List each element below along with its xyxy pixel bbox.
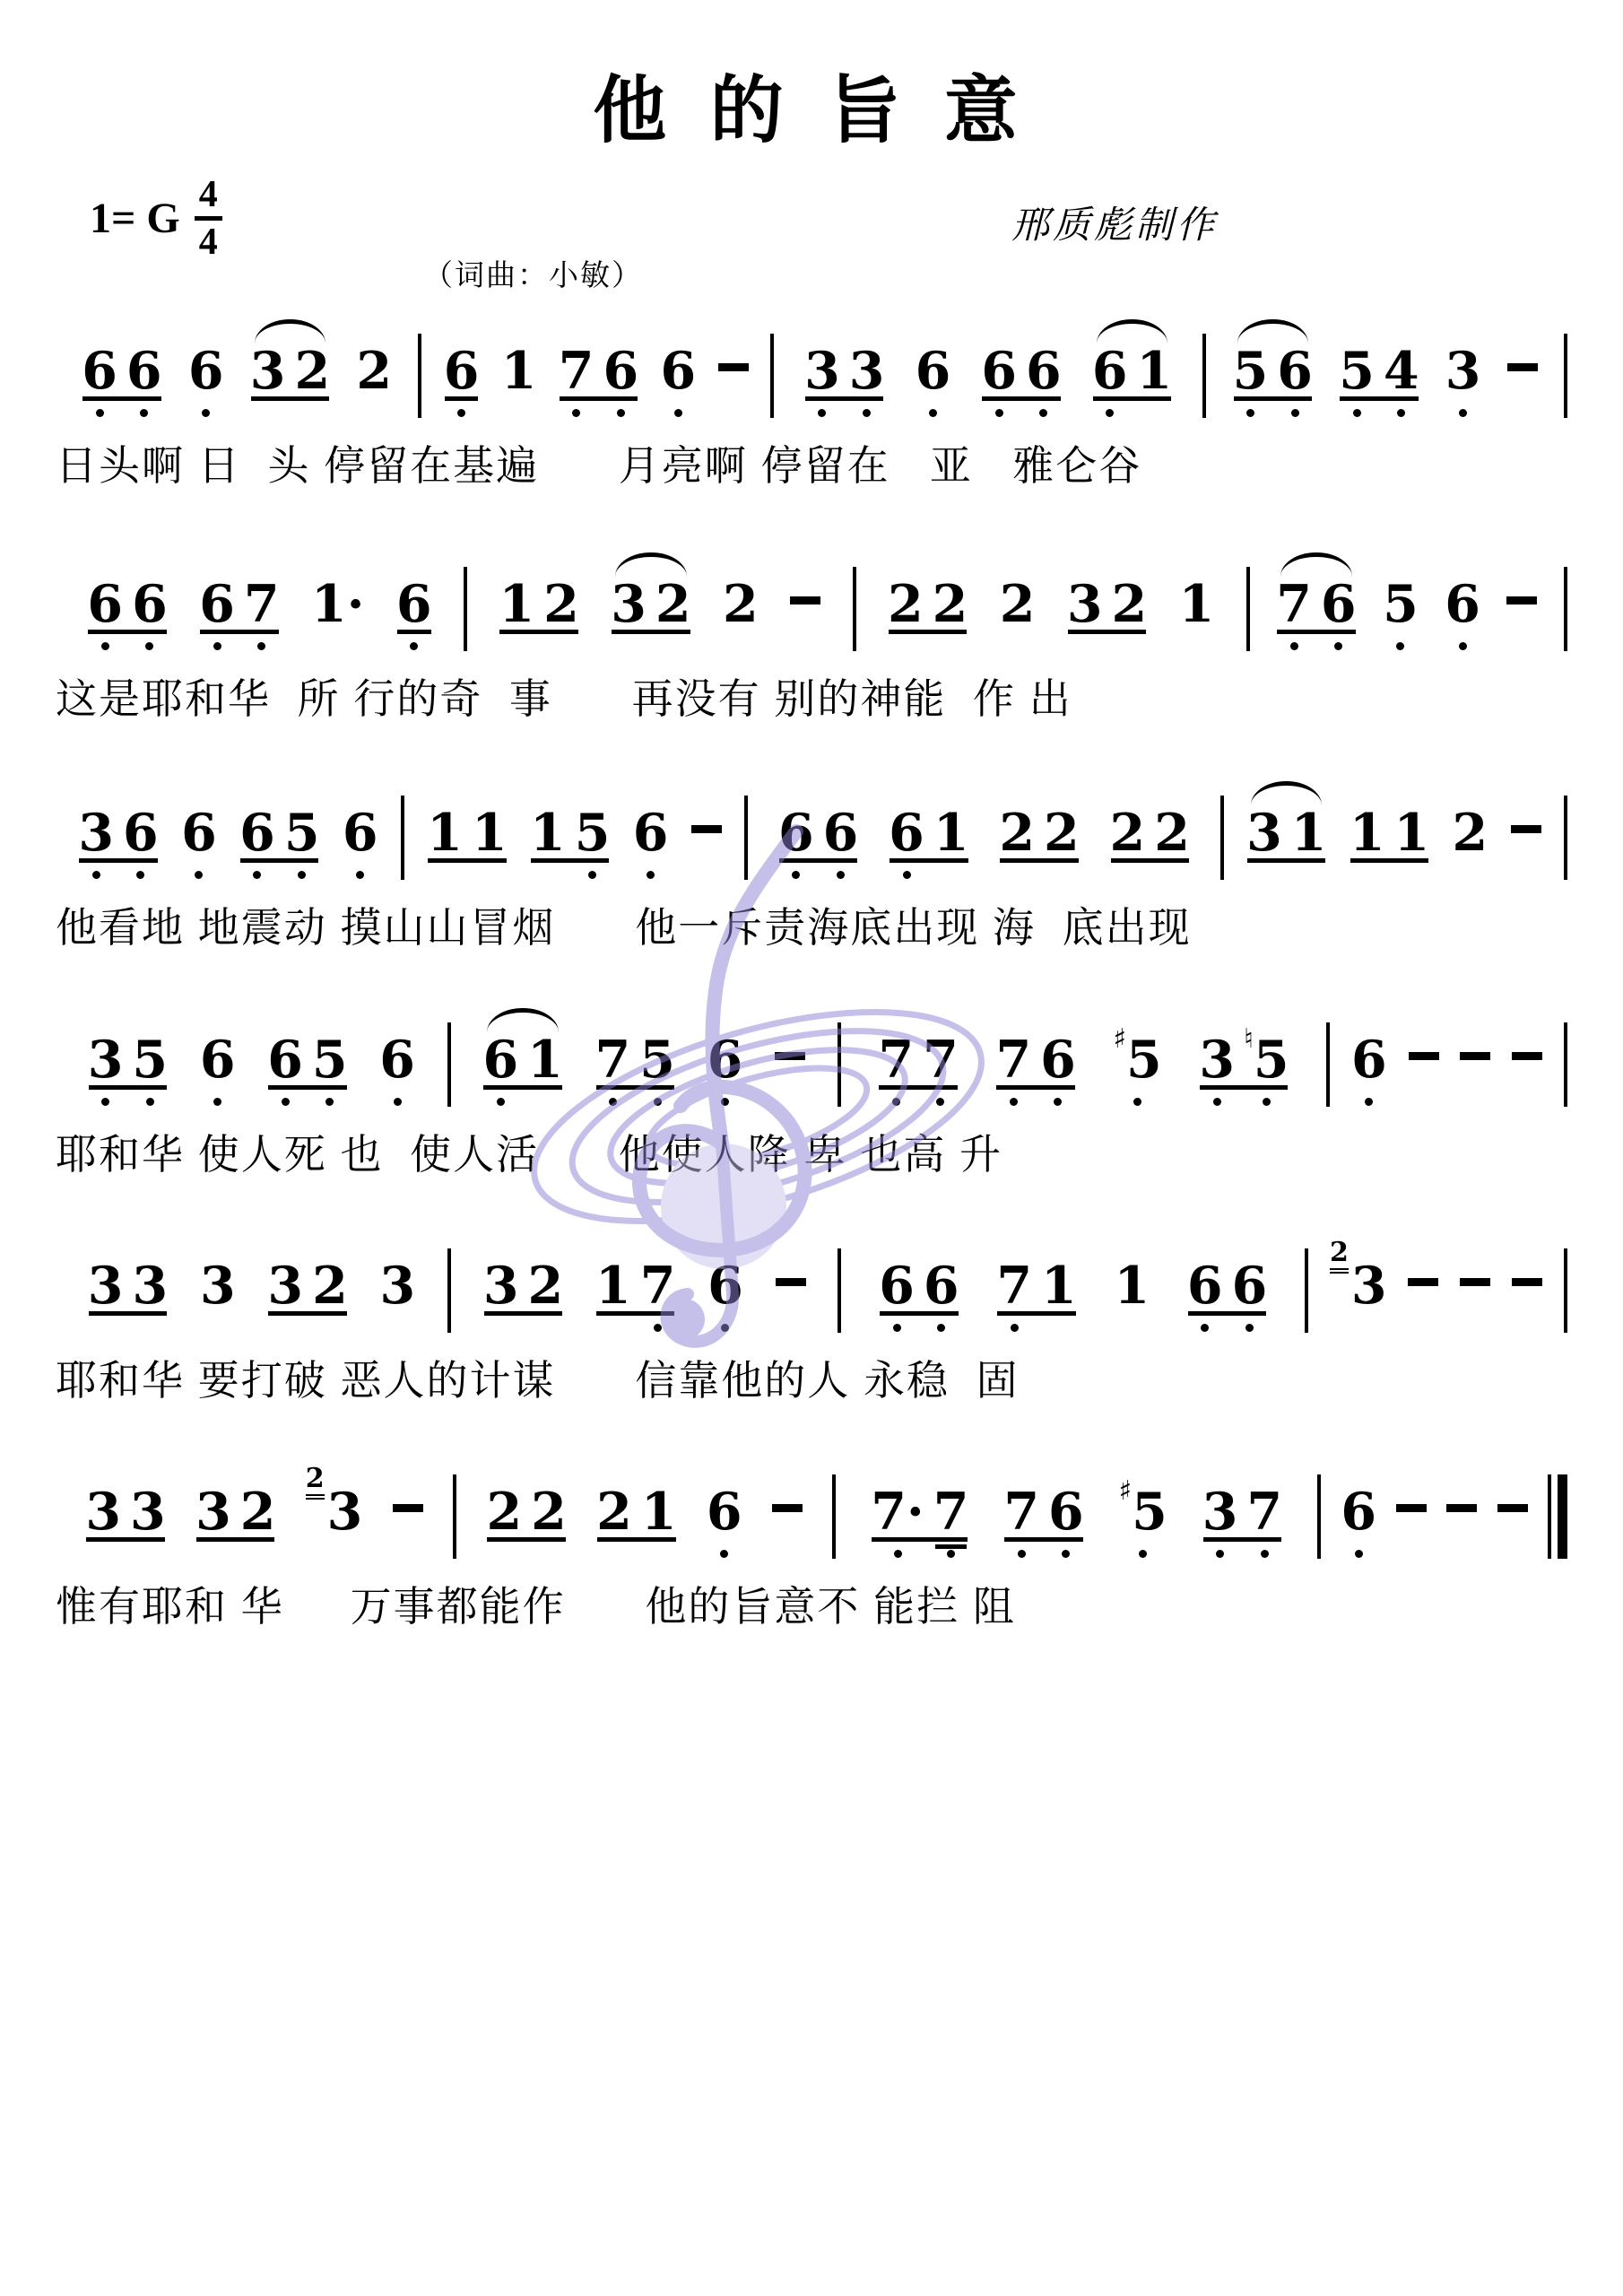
low-octave-dot <box>96 409 104 417</box>
note-digit: 1 <box>1291 803 1327 863</box>
note-row: ♯5 <box>1114 1030 1162 1106</box>
note-group: 6 <box>181 803 217 879</box>
note-glyph: 7 <box>559 341 595 393</box>
note-group: 1 <box>1114 1256 1150 1332</box>
note-glyph: 6 <box>879 1256 915 1308</box>
note-6: 6 <box>126 341 162 417</box>
slur <box>487 1008 558 1032</box>
note-row: 6 <box>661 341 697 417</box>
note-glyph: 6 <box>396 574 432 626</box>
note-2: 2 <box>1000 574 1036 650</box>
note-digit: 3 <box>1199 1030 1235 1090</box>
low-octave-dot <box>995 409 1003 417</box>
note-7: 7 <box>244 574 280 650</box>
note-glyph: 2 <box>1000 574 1036 626</box>
note-group: 6 <box>200 1030 236 1106</box>
note-glyph: 1 <box>472 803 508 855</box>
beam-underline <box>1093 396 1171 401</box>
note-digit: 6 <box>889 803 924 863</box>
low-octave-dot <box>257 642 265 650</box>
note-group: 3 <box>200 1256 236 1332</box>
lyrics-line-3: 他看地 地震动 摸山山冒烟 他一斥责海底出现 海 底出现 <box>56 895 1192 954</box>
note-row: 6 <box>707 1256 743 1332</box>
note-group: 56 <box>1233 341 1313 417</box>
note-7: 7 <box>933 1482 969 1558</box>
note-row: 66 <box>879 1256 959 1332</box>
note-2: 2 <box>543 574 579 650</box>
note-2: 2 <box>596 1482 632 1558</box>
note-group: 71 <box>996 1256 1076 1332</box>
grace-note: 2 <box>1330 1239 1349 1274</box>
lyricist-composer-subtitle: （词曲：小敏） <box>423 252 643 294</box>
note-glyph: 3 <box>267 1256 303 1308</box>
note-glyph: 1 <box>1394 803 1430 855</box>
note-row: 6 <box>188 341 224 417</box>
note-3: 23 <box>306 1482 363 1558</box>
beam-underline <box>484 1311 562 1316</box>
note-row: 75 <box>595 1030 675 1106</box>
low-octave-dot <box>1290 642 1298 650</box>
time-signature-top: 4 <box>195 176 222 221</box>
note-glyph: 6 <box>778 803 814 855</box>
note-group: 6 <box>1341 1482 1376 1558</box>
note-digit: 6 <box>823 803 859 863</box>
low-octave-dot <box>894 1550 902 1558</box>
note-digit: 3 <box>611 574 647 634</box>
note-3: 3 <box>250 341 286 417</box>
note-group: 22 <box>888 574 968 650</box>
note-2: 2 <box>1044 803 1080 879</box>
note-digit: 1 <box>595 1256 631 1316</box>
note-glyph: 6 <box>1048 1482 1084 1534</box>
note-row: 61 <box>1092 341 1172 417</box>
note-2: 2 <box>531 1482 567 1558</box>
note-glyph: 3 <box>1199 1030 1235 1082</box>
note-6: 6 <box>603 341 638 417</box>
note-row: 6 <box>343 803 378 879</box>
note-row: 32 <box>267 1256 347 1332</box>
low-octave-dot <box>136 871 144 879</box>
note-glyph: 2 <box>486 1482 522 1534</box>
beam-underline <box>560 396 638 401</box>
note-row: 5 <box>1383 574 1419 650</box>
note-digit: 6 <box>396 574 432 634</box>
note-group: 65 <box>267 1030 347 1106</box>
low-octave-dot <box>1397 409 1405 417</box>
note-5: 5 <box>312 1030 348 1106</box>
low-octave-dot <box>1261 1550 1269 1558</box>
note-digit: 6 <box>778 803 814 863</box>
note-group: 67 <box>199 574 279 650</box>
note-digit: 3 <box>88 1030 124 1090</box>
note-glyph: 6 <box>444 341 480 393</box>
low-octave-dot <box>202 409 210 417</box>
note-glyph: 1 <box>1350 803 1385 855</box>
low-octave-dot <box>1365 1098 1373 1106</box>
note-3: 3 <box>1202 1482 1238 1558</box>
note-5: 5 <box>1233 341 1269 417</box>
note-row: 71 <box>996 1256 1076 1332</box>
note-glyph: 6 <box>126 341 162 393</box>
low-octave-dot <box>1054 1098 1062 1106</box>
note-6: 6 <box>132 574 168 650</box>
note-digit: 6 <box>1232 1256 1268 1316</box>
note-row: 65 <box>239 803 319 879</box>
dash-rest <box>1511 825 1541 833</box>
note-group: 61 <box>482 1030 562 1106</box>
note-glyph: 1 <box>1291 803 1327 855</box>
beam-underline <box>612 630 690 634</box>
note-row: 32 <box>483 1256 563 1332</box>
note-digit: 5 <box>575 803 611 863</box>
note-group: 2 <box>356 341 392 417</box>
note-digit: 1 <box>1137 341 1173 401</box>
note-digit: 7 <box>1276 574 1312 634</box>
note-3: 3 <box>483 1256 519 1332</box>
note-digit: 3 <box>250 341 286 401</box>
note-group: 17 <box>595 1256 675 1332</box>
note-digit: 3 <box>849 341 885 401</box>
low-octave-dot <box>1355 1550 1363 1558</box>
note-glyph: 3 <box>78 803 114 855</box>
note-3: 3 <box>85 1482 121 1558</box>
note-group: 61 <box>889 803 968 879</box>
note-digit: 6 <box>123 803 159 863</box>
measure: 366656 <box>56 803 401 879</box>
note-digit: 2 <box>240 1482 276 1542</box>
note-row: 6 <box>1445 574 1480 650</box>
low-octave-dot <box>410 642 418 650</box>
note-glyph: 6 <box>181 803 217 855</box>
note-digit: 2 <box>1000 574 1036 634</box>
note-row: 76 <box>995 1030 1075 1106</box>
low-octave-dot <box>195 871 203 879</box>
note-6: 6 <box>188 341 224 417</box>
measure: 66612222 <box>748 803 1220 879</box>
note-row: 7·7 <box>871 1482 968 1558</box>
note-glyph: 1 <box>595 1256 631 1308</box>
note-glyph: 3 <box>88 1256 124 1308</box>
note-group: 65 <box>239 803 319 879</box>
beam-underline <box>1000 858 1078 863</box>
note-3: 3 <box>195 1482 231 1558</box>
note-group: ♯5 <box>1119 1482 1167 1558</box>
note-digit: 5 <box>639 1030 675 1090</box>
note-row: 67 <box>199 574 279 650</box>
measure: 66671·6 <box>56 574 464 650</box>
note-glyph: 6 <box>1321 574 1357 626</box>
note-glyph: 3 <box>132 1256 168 1308</box>
note-group: 6 <box>633 803 669 879</box>
low-octave-dot <box>457 409 465 417</box>
note-row: 23 <box>306 1482 363 1558</box>
measure: 3366661 <box>774 341 1202 417</box>
note-glyph: 2 <box>240 1482 276 1534</box>
note-2: 2 <box>933 574 968 650</box>
note-glyph: 3 <box>1202 1482 1238 1534</box>
note-digit: 5 <box>1339 341 1375 401</box>
note-group: 22 <box>999 803 1079 879</box>
slur <box>1097 319 1167 344</box>
note-group: 76 <box>1003 1482 1083 1558</box>
beam-underline <box>251 396 329 401</box>
note-group: 7·7 <box>871 1482 968 1558</box>
low-octave-dot <box>1201 1324 1209 1332</box>
note-3: 3 <box>804 341 840 417</box>
note-glyph: 3 <box>1445 341 1481 393</box>
slur <box>1251 781 1322 805</box>
note-digit: 1 <box>1114 1256 1150 1316</box>
note-3: 3 <box>611 574 647 650</box>
note-digit: 5 <box>1132 1482 1167 1542</box>
note-3: 3 <box>132 1256 168 1332</box>
note-3: 3 <box>267 1256 303 1332</box>
note-5: 5 <box>575 803 611 879</box>
note-6: 6 <box>889 803 924 879</box>
note-digit: 7 <box>244 574 280 634</box>
note-glyph: 6 <box>343 803 378 855</box>
note-glyph: 3 <box>804 341 840 393</box>
note-digit: 6 <box>239 803 275 863</box>
note-6: 6 <box>1187 1256 1223 1332</box>
note-glyph: 6 <box>482 1030 518 1082</box>
dash-rest <box>1460 1052 1490 1060</box>
note-5: 5 <box>1339 341 1375 417</box>
note-row: 6 <box>1341 1482 1376 1558</box>
dash-rest <box>393 1504 423 1512</box>
note-glyph: 3 <box>1067 574 1103 626</box>
note-7: 7 <box>923 1030 959 1106</box>
note-5: ♯5 <box>1119 1482 1167 1558</box>
note-3: 23 <box>1330 1256 1387 1332</box>
beam-underline <box>200 630 278 634</box>
note-group: 6 <box>916 341 951 417</box>
barline <box>1564 1248 1567 1333</box>
note-digit: 1 <box>530 803 566 863</box>
note-digit: 6 <box>603 341 638 401</box>
note-2: 2 <box>294 341 330 417</box>
note-digit: 6 <box>916 341 951 401</box>
note-digit: 2 <box>486 1482 522 1542</box>
note-glyph: 2 <box>596 1482 632 1534</box>
note-digit: 5 <box>1233 341 1269 401</box>
note-row: 35 <box>88 1030 168 1106</box>
note-glyph: 6 <box>123 803 159 855</box>
note-row: 6 <box>200 1030 236 1106</box>
note-7: 7 <box>640 1256 676 1332</box>
note-1: 1 <box>933 803 969 879</box>
beam-underline <box>86 1537 164 1542</box>
note-6: 6 <box>239 803 275 879</box>
note-glyph: 3 <box>1246 803 1282 855</box>
note-glyph: 6 <box>82 341 117 393</box>
beam-underline <box>445 396 479 401</box>
note-glyph: 2 <box>1154 803 1190 855</box>
note-digit: 2 <box>596 1482 632 1542</box>
note-row: 17 <box>595 1256 675 1332</box>
note-row: 3 <box>200 1256 236 1332</box>
note-5: 5 <box>284 803 320 879</box>
note-2: 2 <box>356 341 392 417</box>
note-digit: 2 <box>655 574 691 634</box>
measure: 32176 <box>451 1256 838 1332</box>
note-3: 3 <box>1246 803 1282 879</box>
note-group: 32 <box>1067 574 1147 650</box>
note-6: 6 <box>379 1030 415 1106</box>
note-row: 6 <box>707 1030 743 1106</box>
music-line-3: 366656111566661222231112 <box>56 803 1567 880</box>
note-glyph: 3 <box>200 1256 236 1308</box>
note-row: 66 <box>82 341 161 417</box>
note-glyph: 3 <box>88 1030 124 1082</box>
note-group: 75 <box>595 1030 675 1106</box>
beam-underline <box>889 630 967 634</box>
note-glyph: 3 <box>250 341 286 393</box>
note-group: 32 <box>611 574 690 650</box>
low-octave-dot <box>325 1098 334 1106</box>
note-digit: 1 <box>527 1030 563 1090</box>
music-line-4: 356656617567776♯53♮56 <box>56 1030 1567 1107</box>
dash-rest <box>1446 1504 1477 1512</box>
barline <box>1564 567 1567 651</box>
low-octave-dot <box>253 871 261 879</box>
slur <box>255 319 325 344</box>
note-digit: 6 <box>1092 341 1128 401</box>
low-octave-dot <box>146 1098 154 1106</box>
note-digit: 6 <box>707 1030 743 1090</box>
note-1: 1 <box>472 803 508 879</box>
note-row: 32 <box>611 574 690 650</box>
note-digit: 6 <box>707 1482 742 1542</box>
note-glyph: 2 <box>1044 803 1080 855</box>
note-row: 15 <box>530 803 610 879</box>
low-octave-dot <box>654 1098 662 1106</box>
music-line-1: 66632261766336666156543 <box>56 341 1567 418</box>
low-octave-dot <box>1011 1324 1019 1332</box>
note-glyph: 6 <box>981 341 1017 393</box>
beam-underline <box>1004 1537 1082 1542</box>
note-6: 6 <box>924 1256 959 1332</box>
note-digit: 6 <box>1187 1256 1223 1316</box>
note-digit: 5 <box>1383 574 1419 634</box>
note-row: 33 <box>804 341 884 417</box>
note-2: 2 <box>312 1256 348 1332</box>
note-glyph: 3 <box>195 1482 231 1534</box>
beam-underline <box>428 858 506 863</box>
beam-underline <box>597 1537 675 1542</box>
note-digit: 6 <box>1277 341 1313 401</box>
note-group: 66 <box>981 341 1061 417</box>
note-group: 33 <box>804 341 884 417</box>
note-7: 7 <box>1003 1482 1039 1558</box>
low-octave-dot <box>1213 1098 1221 1106</box>
note-row: 1 <box>1179 574 1215 650</box>
note-group: 76 <box>559 341 638 417</box>
note-row: 76 <box>559 341 638 417</box>
note-6: 6 <box>1341 1482 1376 1558</box>
note-glyph: 6 <box>924 1256 959 1308</box>
accidental: ♯ <box>1119 1478 1133 1505</box>
note-row: 32 <box>1067 574 1147 650</box>
note-glyph: 6 <box>1232 1256 1268 1308</box>
note-glyph: ♯5 <box>1114 1030 1162 1082</box>
note-glyph: 6 <box>1187 1256 1223 1308</box>
beam-underline <box>1203 1537 1281 1542</box>
note-group: 5 <box>1383 574 1419 650</box>
note-3: 3 <box>1199 1030 1235 1106</box>
note-glyph: 1 <box>530 803 566 855</box>
beam-underline <box>89 1311 167 1316</box>
low-octave-dot <box>674 409 682 417</box>
time-signature-bottom: 4 <box>195 221 222 261</box>
note-glyph: 6 <box>916 341 951 393</box>
note-glyph: 6 <box>1351 1030 1387 1082</box>
low-octave-dot <box>863 409 871 417</box>
low-octave-dot <box>282 1098 290 1106</box>
note-glyph: 1 <box>1137 341 1173 393</box>
low-octave-dot <box>101 1098 109 1106</box>
low-octave-dot <box>720 1550 728 1558</box>
low-octave-dot <box>356 871 364 879</box>
note-glyph: 6 <box>1341 1482 1376 1534</box>
low-octave-dot <box>609 1098 617 1106</box>
note-digit: 6 <box>444 341 480 401</box>
note-group: 15 <box>530 803 610 879</box>
note-glyph: 6 <box>132 574 168 626</box>
note-group: 12 <box>499 574 578 650</box>
note-6: 6 <box>123 803 159 879</box>
note-2: 2 <box>888 574 924 650</box>
accidental: ♮ <box>1244 1026 1254 1053</box>
note-glyph: 6 <box>379 1030 415 1082</box>
note-row: 36 <box>78 803 158 879</box>
low-octave-dot <box>936 1098 944 1106</box>
note-glyph: 6 <box>1445 574 1480 626</box>
note-row: 6 <box>633 803 669 879</box>
note-digit: 5 <box>132 1030 168 1090</box>
note-digit: 6 <box>379 1030 415 1090</box>
note-group: 2 <box>723 574 759 650</box>
note-glyph: 5 <box>575 803 611 855</box>
measure: 666322 <box>56 341 418 417</box>
note-row: 66 <box>1187 1256 1267 1332</box>
sheet-music-page: 他 的 旨 意 1= G 4 4 邢质彪制作 （词曲：小敏） 666322617… <box>0 0 1623 2296</box>
note-row: 3 <box>1445 341 1481 417</box>
note-digit: 2 <box>356 341 392 401</box>
note-glyph: 1 <box>527 1030 563 1082</box>
low-octave-dot <box>140 409 148 417</box>
note-1: 1 <box>527 1030 563 1106</box>
note-glyph: 23 <box>1330 1256 1387 1308</box>
note-glyph: 1· <box>311 574 365 626</box>
note-1: 1 <box>1350 803 1385 879</box>
note-digit: 6 <box>181 803 217 863</box>
note-glyph: 2 <box>723 574 759 626</box>
low-octave-dot <box>654 1324 662 1332</box>
note-glyph: 6 <box>707 1482 742 1534</box>
note-glyph: 6 <box>707 1030 743 1082</box>
note-row: 3 <box>380 1256 416 1332</box>
note-glyph: 6 <box>267 1030 303 1082</box>
low-octave-dot <box>1216 1550 1224 1558</box>
note-3: 3 <box>1067 574 1103 650</box>
note-glyph: 2 <box>294 341 330 393</box>
note-group: 6 <box>707 1482 742 1558</box>
low-octave-dot <box>947 1550 955 1558</box>
note-group: 33 <box>88 1256 168 1332</box>
note-group: 31 <box>1246 803 1326 879</box>
beam-underline <box>487 1537 565 1542</box>
